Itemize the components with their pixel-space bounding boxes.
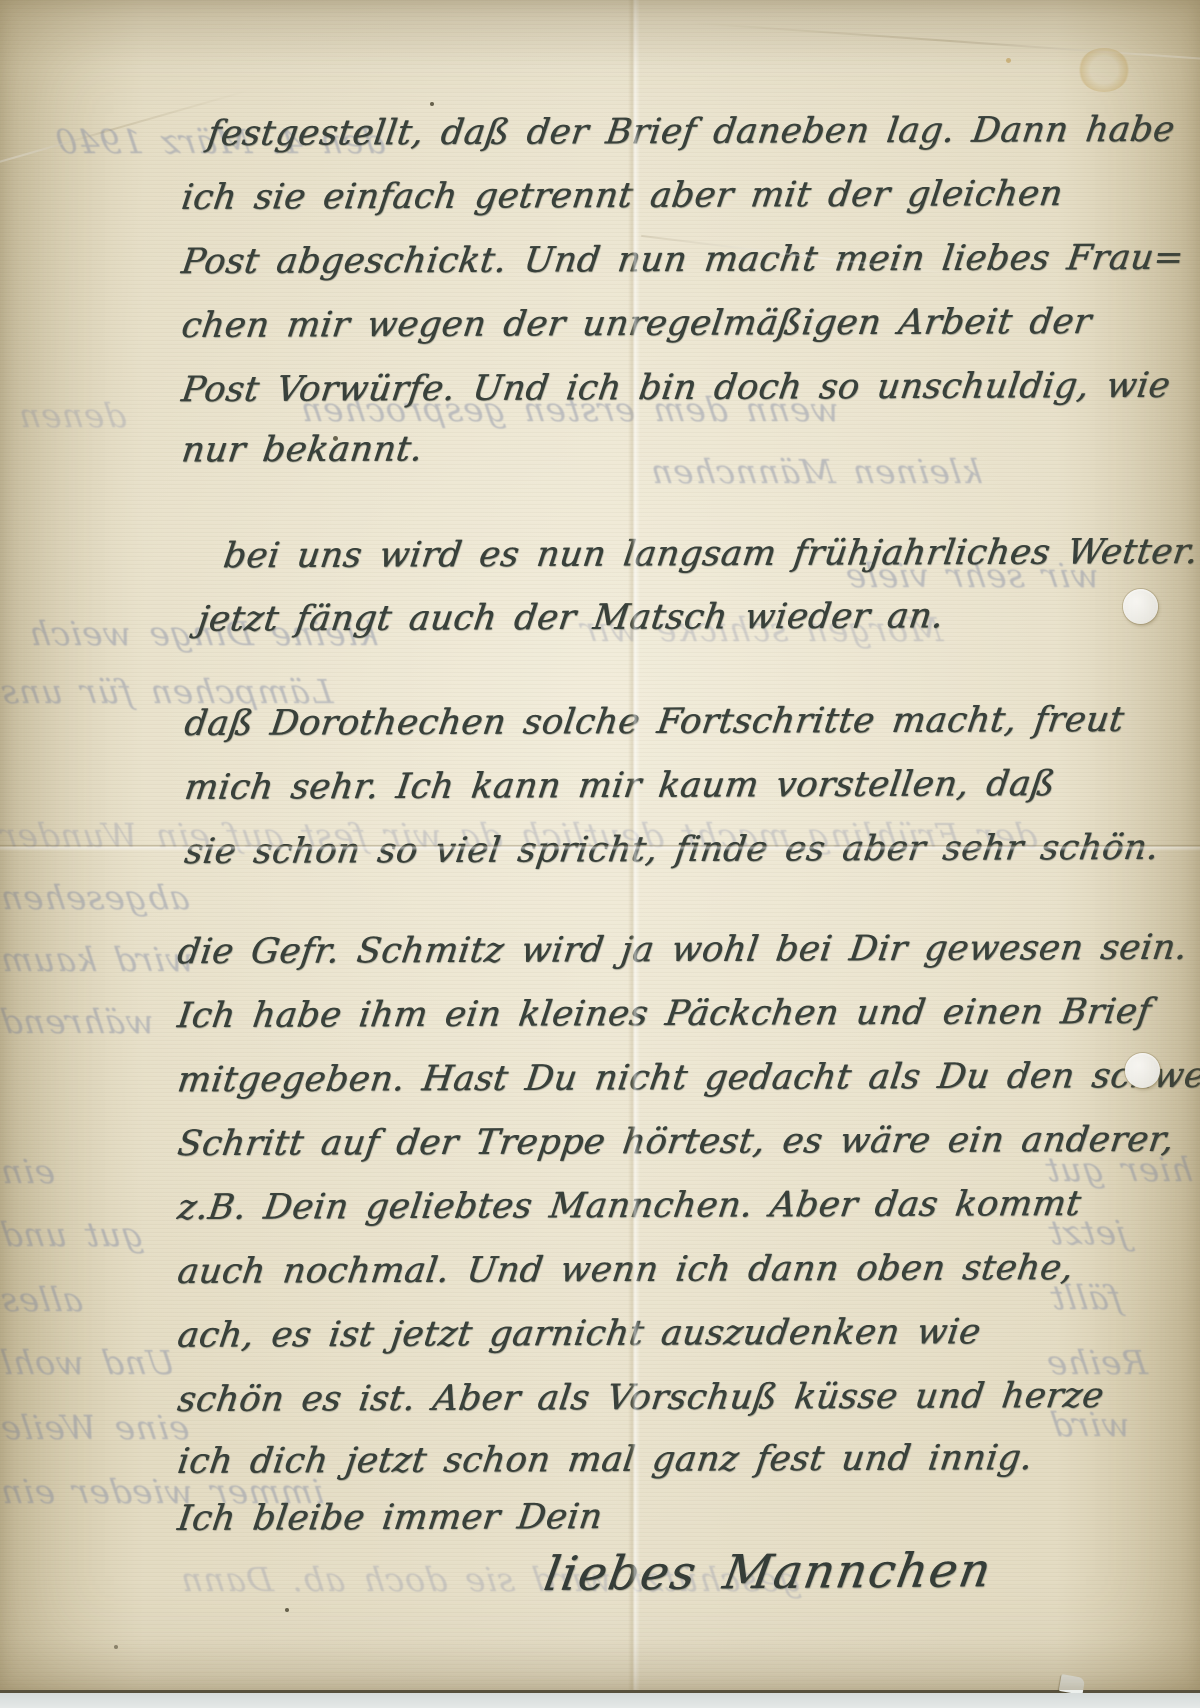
letter-scan-page: { "document": { "letter": { "paragraphs"… <box>0 0 1200 1708</box>
paper-vignette <box>0 0 1200 1690</box>
letter-paper: den 4. März 1940 denen wenn dem ersten g… <box>0 0 1200 1693</box>
scanner-background-strip <box>0 1693 1200 1708</box>
